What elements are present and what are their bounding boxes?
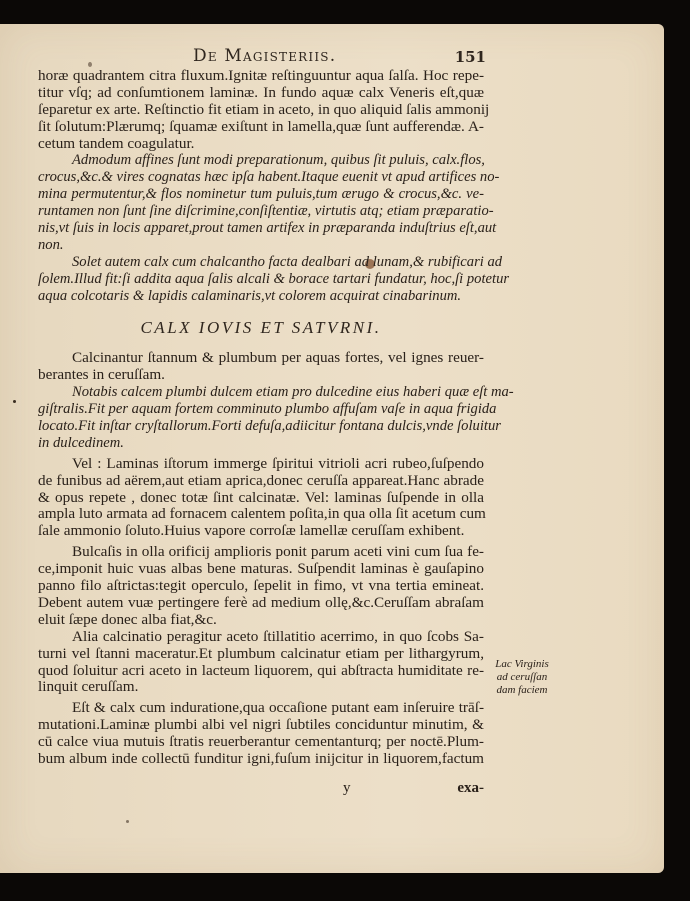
running-head: De Magisteriis. 151	[38, 46, 484, 66]
text-line: quod ſoluitur acri aceto in lacteum liqu…	[38, 663, 484, 680]
text-line: turni vel ſtanni maceratur.Et plumbum ca…	[38, 646, 484, 663]
paragraph-3-italic: Solet autem calx cum chalcantho facta de…	[38, 254, 484, 305]
text-line: ſit ſolutum:Plærumq; ſquamæ exiſtunt in …	[38, 119, 484, 136]
text-line: cetum tandem coagulatur.	[38, 136, 484, 153]
text-line: linquit ceruſſam.	[38, 679, 484, 696]
text-line: in dulcedinem.	[38, 435, 484, 452]
text-line: runtamen non ſunt ſine diſcrimine,conſiſ…	[38, 203, 484, 220]
text-line: Debent autem vuæ pertingere ferè ad medi…	[38, 595, 484, 612]
text-line: crocus,&c.& vires cognatas hæc ipſa habe…	[38, 169, 484, 186]
text-line: mina permutentur,& flos nominetur tum pu…	[38, 186, 484, 203]
paragraph-4: Calcinantur ſtannum & plumbum per aquas …	[38, 350, 484, 384]
text-line: nis,vt ſuis in locis apparet,prout tamen…	[38, 220, 484, 237]
signature-mark: y	[343, 780, 351, 797]
text-line: Alia calcinatio peragitur aceto ſtillati…	[38, 629, 484, 646]
text-line: horæ quadrantem citra fluxum.Ignitæ reſt…	[38, 68, 484, 85]
text-line: non.	[38, 237, 484, 254]
text-line: aqua colcotaris & lapidis calaminaris,vt…	[38, 288, 484, 305]
text-line: de funibus ad aërem,aut etiam aprica,don…	[38, 473, 484, 490]
margin-note: Lac Virginis ad ceruſſan dam faciem	[486, 658, 558, 697]
text-line: ſolem.Illud fit:ſi addita aqua ſalis alc…	[38, 271, 484, 288]
text-line: ampla luto armata ad fornacem calentem p…	[38, 506, 484, 523]
text-line: Vel : Laminas iſtorum immerge ſpiritui v…	[38, 456, 484, 473]
section-heading: CALX IOVIS ET SATVRNI.	[38, 314, 484, 342]
text-line: Calcinantur ſtannum & plumbum per aquas …	[38, 350, 484, 367]
text-line: titur vſq; ad conſumtionem laminæ. In fu…	[38, 85, 484, 102]
margin-note-line: ad ceruſſan	[486, 671, 558, 684]
paper-speck	[13, 400, 16, 403]
paragraph-1: horæ quadrantem citra fluxum.Ignitæ reſt…	[38, 68, 484, 152]
text-line: eluit ſæpe donec alba fiat,&c.	[38, 612, 484, 629]
text-line: mutationi.Laminæ plumbi albi vel nigri ſ…	[38, 717, 484, 734]
text-line: giſtralis.Fit per aquam fortem comminuto…	[38, 401, 484, 418]
page-number: 151	[455, 48, 486, 66]
margin-note-line: dam faciem	[486, 684, 558, 697]
running-title: De Magisteriis.	[193, 46, 336, 66]
paragraph-5-italic: Notabis calcem plumbi dulcem etiam pro d…	[38, 384, 484, 452]
paragraph-6: Vel : Laminas iſtorum immerge ſpiritui v…	[38, 456, 484, 540]
text-line: locato.Fit inſtar cryſtallorum.Forti def…	[38, 418, 484, 435]
text-line: ce,imponit huic vuas albas bene maturas.…	[38, 561, 484, 578]
catchword: exa-	[457, 780, 484, 797]
paragraph-8: Alia calcinatio peragitur aceto ſtillati…	[38, 629, 484, 697]
text-line: panno filo aſtrictas:tegit operculo, ſep…	[38, 578, 484, 595]
text-line: ſeparetur ex arte. Reſtinctio fit etiam …	[38, 102, 484, 119]
text-line: ſale ammonio ſoluto.Huius vapore corroſæ…	[38, 523, 484, 540]
paragraph-7: Bulcaſis in olla orificij amplioris poni…	[38, 544, 484, 628]
margin-note-line: Lac Virginis	[486, 658, 558, 671]
text-line: cū calce viua mutuis ſtratis reuerberant…	[38, 734, 484, 751]
body-text: horæ quadrantem citra fluxum.Ignitæ reſt…	[38, 68, 484, 768]
text-line: bum album inde collectū funditur igni,fu…	[38, 751, 484, 768]
text-line: Bulcaſis in olla orificij amplioris poni…	[38, 544, 484, 561]
paper-speck	[126, 820, 129, 823]
text-line: Notabis calcem plumbi dulcem etiam pro d…	[38, 384, 484, 401]
paragraph-2-italic: Admodum affines ſunt modi preparationum,…	[38, 152, 484, 253]
text-line: Admodum affines ſunt modi preparationum,…	[38, 152, 484, 169]
text-line: berantes in ceruſſam.	[38, 367, 484, 384]
page-footer: y exa-	[38, 780, 484, 798]
text-line: Eſt & calx cum induratione,qua occaſione…	[38, 700, 484, 717]
text-line: & opus repete , donec totæ ſint calcinat…	[38, 490, 484, 507]
text-line: Solet autem calx cum chalcantho facta de…	[38, 254, 484, 271]
paragraph-9: Eſt & calx cum induratione,qua occaſione…	[38, 700, 484, 768]
